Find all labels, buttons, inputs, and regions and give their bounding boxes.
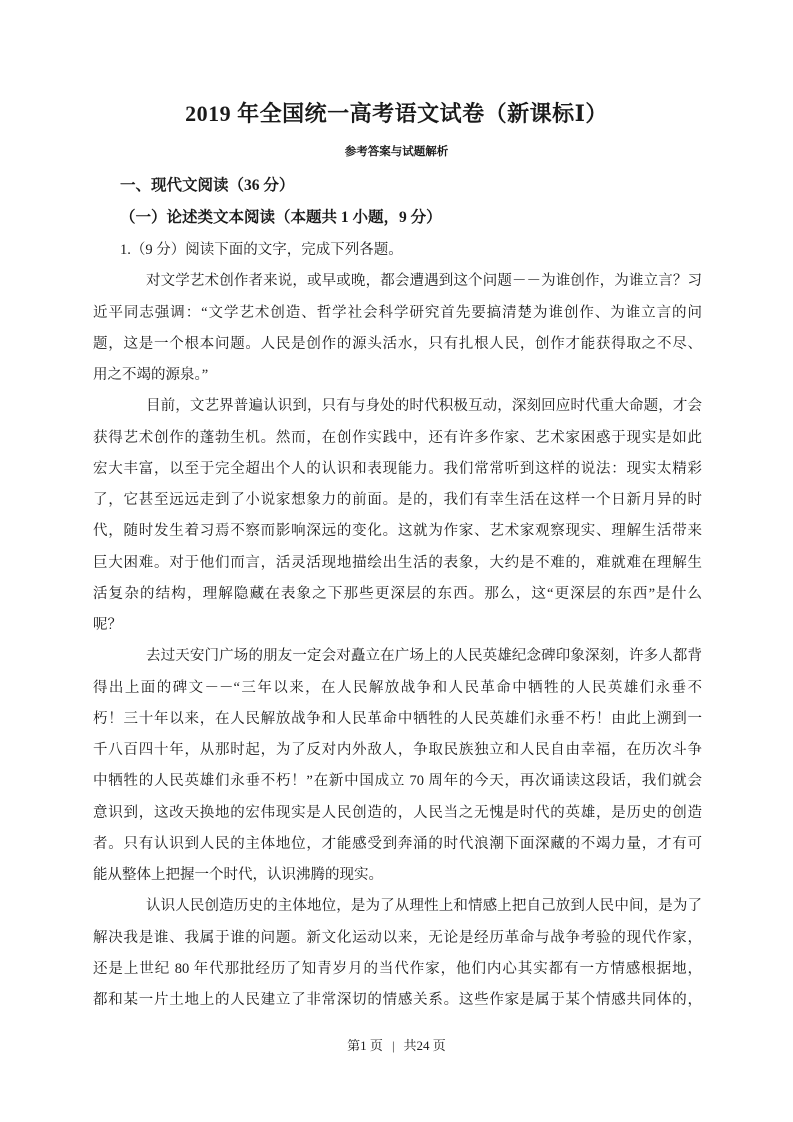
passage-line: 用之不竭的源泉。” [93, 360, 702, 391]
page-footer: 第1 页|共24 页 [0, 1036, 793, 1055]
passage-line: 目前，文艺界普遍认识到，只有与身处的时代积极互动，深刻回应时代重大命题，才会 [93, 391, 702, 422]
footer-total-pages: 共24 页 [404, 1038, 446, 1053]
passage-line: 意识到，这改天换地的宏伟现实是人民创造的，人民当之无愧是时代的英雄，是历史的创造 [93, 798, 702, 829]
passage-line: 宏大丰富，以至于完全超出个人的认识和表现能力。我们常常听到这样的说法：现实太精彩 [93, 454, 702, 485]
passage-line: 认识人民创造历史的主体地位，是为了从理性上和情感上把自己放到人民中间，是为了 [93, 891, 702, 922]
passage-line: 对文学艺术创作者来说，或早或晚，都会遭遇到这个问题－－为谁创作，为谁立言？习 [93, 266, 702, 297]
passage-line: 巨大困难。对于他们而言，活灵活现地描绘出生活的表象，大约是不难的，难就难在理解生 [93, 548, 702, 579]
footer-separator: | [392, 1038, 395, 1053]
passage-line: 题，这是一个根本问题。人民是创作的源头活水，只有扎根人民，创作才能获得取之不尽、 [93, 329, 702, 360]
passage-line: 能从整体上把握一个时代，认识沸腾的现实。 [93, 860, 702, 891]
passage-line: 还是上世纪 80 年代那批经历了知青岁月的当代作家，他们内心其实都有一方情感根据… [93, 954, 702, 985]
passage-line: 千八百四十年，从那时起，为了反对内外敌人，争取民族独立和人民自由幸福，在历次斗争 [93, 735, 702, 766]
passage-line: 中牺牲的人民英雄们永垂不朽！”在新中国成立 70 周年的今天，再次诵读这段话，我… [93, 766, 702, 797]
passage-line: 获得艺术创作的蓬勃生机。然而，在创作实践中，还有许多作家、艺术家困惑于现实是如此 [93, 423, 702, 454]
passage-line: 得出上面的碑文－－“三年以来，在人民解放战争和人民革命中牺牲的人民英雄们永垂不 [93, 673, 702, 704]
question-lead: 1.（9 分）阅读下面的文字，完成下列各题。 [93, 235, 702, 266]
section-heading: 一、现代文阅读（36 分） [93, 170, 702, 201]
subsection-heading: （一）论述类文本阅读（本题共 1 小题，9 分） [93, 201, 702, 235]
passage-line: 者。只有认识到人民的主体地位，才能感受到奔涌的时代浪潮下面深藏的不竭力量，才有可 [93, 829, 702, 860]
passage-line: 呢？ [93, 610, 702, 641]
document-page: 2019 年全国统一高考语文试卷（新课标Ⅰ） 参考答案与试题解析 一、现代文阅读… [0, 0, 793, 1122]
passage-line: 朽！三十年以来，在人民解放战争和人民革命中牺牲的人民英雄们永垂不朽！由此上溯到一 [93, 704, 702, 735]
passage-line: 解决我是谁、我属于谁的问题。新文化运动以来，无论是经历革命与战争考验的现代作家， [93, 923, 702, 954]
document-body: 一、现代文阅读（36 分） （一）论述类文本阅读（本题共 1 小题，9 分） 1… [93, 170, 702, 1016]
passage-line: 去过天安门广场的朋友一定会对矗立在广场上的人民英雄纪念碑印象深刻，许多人都背 [93, 641, 702, 672]
page-title: 2019 年全国统一高考语文试卷（新课标Ⅰ） [0, 99, 793, 129]
passage: 1.（9 分）阅读下面的文字，完成下列各题。 对文学艺术创作者来说，或早或晚，都… [93, 235, 702, 1016]
passage-line: 活复杂的结构，理解隐藏在表象之下那些更深层的东西。那么，这“更深层的东西”是什么 [93, 579, 702, 610]
page-subtitle: 参考答案与试题解析 [0, 144, 793, 160]
passage-line: 都和某一片土地上的人民建立了非常深切的情感关系。这些作家是属于某个情感共同体的， [93, 985, 702, 1016]
passage-line: 了，它甚至远远走到了小说家想象力的前面。是的，我们有幸生活在这样一个日新月异的时 [93, 485, 702, 516]
passage-line: 近平同志强调：“文学艺术创造、哲学社会科学研究首先要搞清楚为谁创作、为谁立言的问 [93, 298, 702, 329]
footer-page-number: 第1 页 [347, 1038, 383, 1053]
passage-line: 代，随时发生着习焉不察而影响深远的变化。这就为作家、艺术家观察现实、理解生活带来 [93, 516, 702, 547]
